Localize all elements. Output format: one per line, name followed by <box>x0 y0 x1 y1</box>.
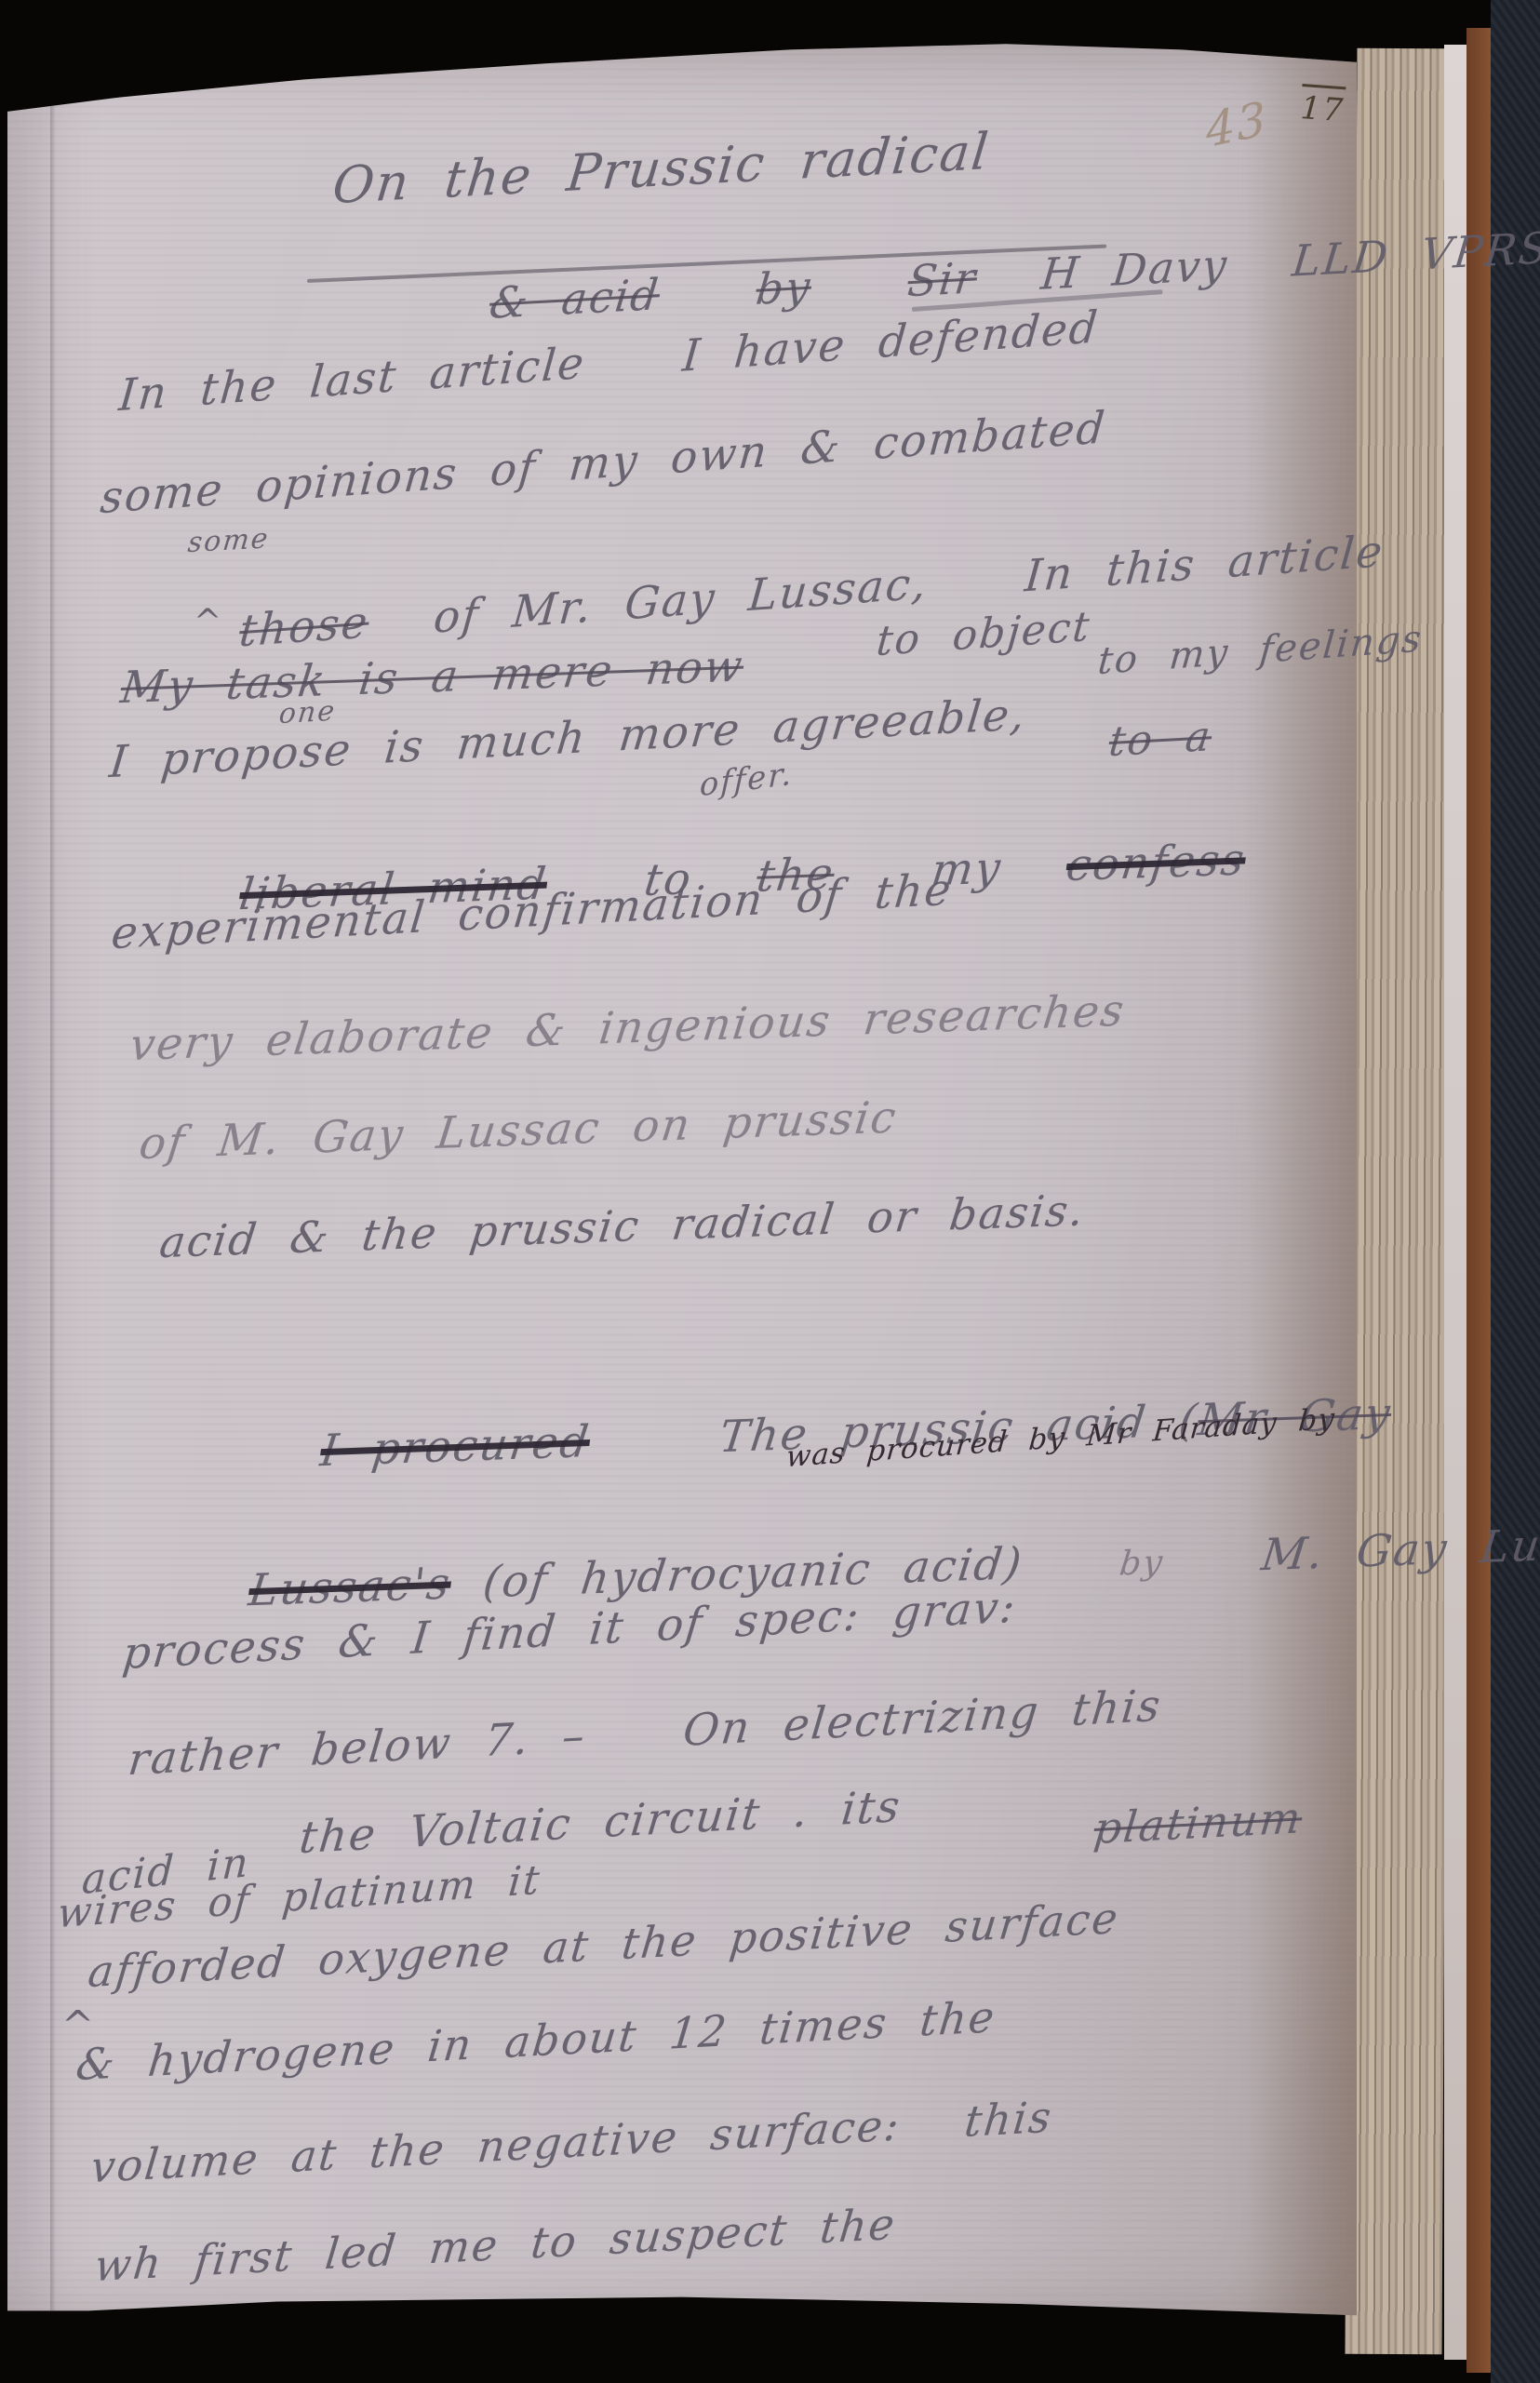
gutter-shadow <box>1245 43 1357 2334</box>
space-3 <box>974 248 1044 302</box>
space-12 <box>1020 1534 1124 1589</box>
book-cover-board-edge <box>1466 28 1493 2373</box>
subtitle-honorifics: LLD VPRS. <box>1290 221 1540 287</box>
underlying-page-sliver <box>1444 45 1468 2360</box>
folio-number-ink: 17 <box>1299 84 1346 129</box>
subtitle-struck-by: by <box>754 261 814 314</box>
line-5-struck: to a <box>1106 713 1214 766</box>
space-2 <box>809 256 910 312</box>
word-by-small: by <box>1118 1544 1166 1584</box>
struck-lussacs: Lussac's <box>246 1558 454 1616</box>
space-5 <box>367 592 436 648</box>
space-9 <box>998 840 1070 894</box>
struck-confess: confess <box>1064 834 1249 891</box>
subtitle-struck-acid: & acid <box>487 269 662 328</box>
gay-lussacs-text: M. Gay Lussac's <box>1259 1515 1540 1581</box>
book-cover-cloth <box>1491 0 1540 2383</box>
struck-i-procured: I procured <box>317 1416 593 1477</box>
space-1 <box>657 264 758 320</box>
space-10 <box>586 1412 722 1467</box>
stacked-page-edges <box>1346 48 1454 2355</box>
space-4 <box>1225 235 1295 289</box>
struck-those: those <box>237 596 371 657</box>
space-13 <box>1161 1530 1265 1585</box>
caret-some: ^ <box>194 603 223 641</box>
space-11: ( <box>448 1556 505 1609</box>
subtitle-struck-sir: Sir <box>905 252 980 306</box>
page-fold-shadow <box>50 43 56 2334</box>
manuscript-photo: 43 17 On the Prussic radical & acid by S… <box>0 0 1540 2383</box>
